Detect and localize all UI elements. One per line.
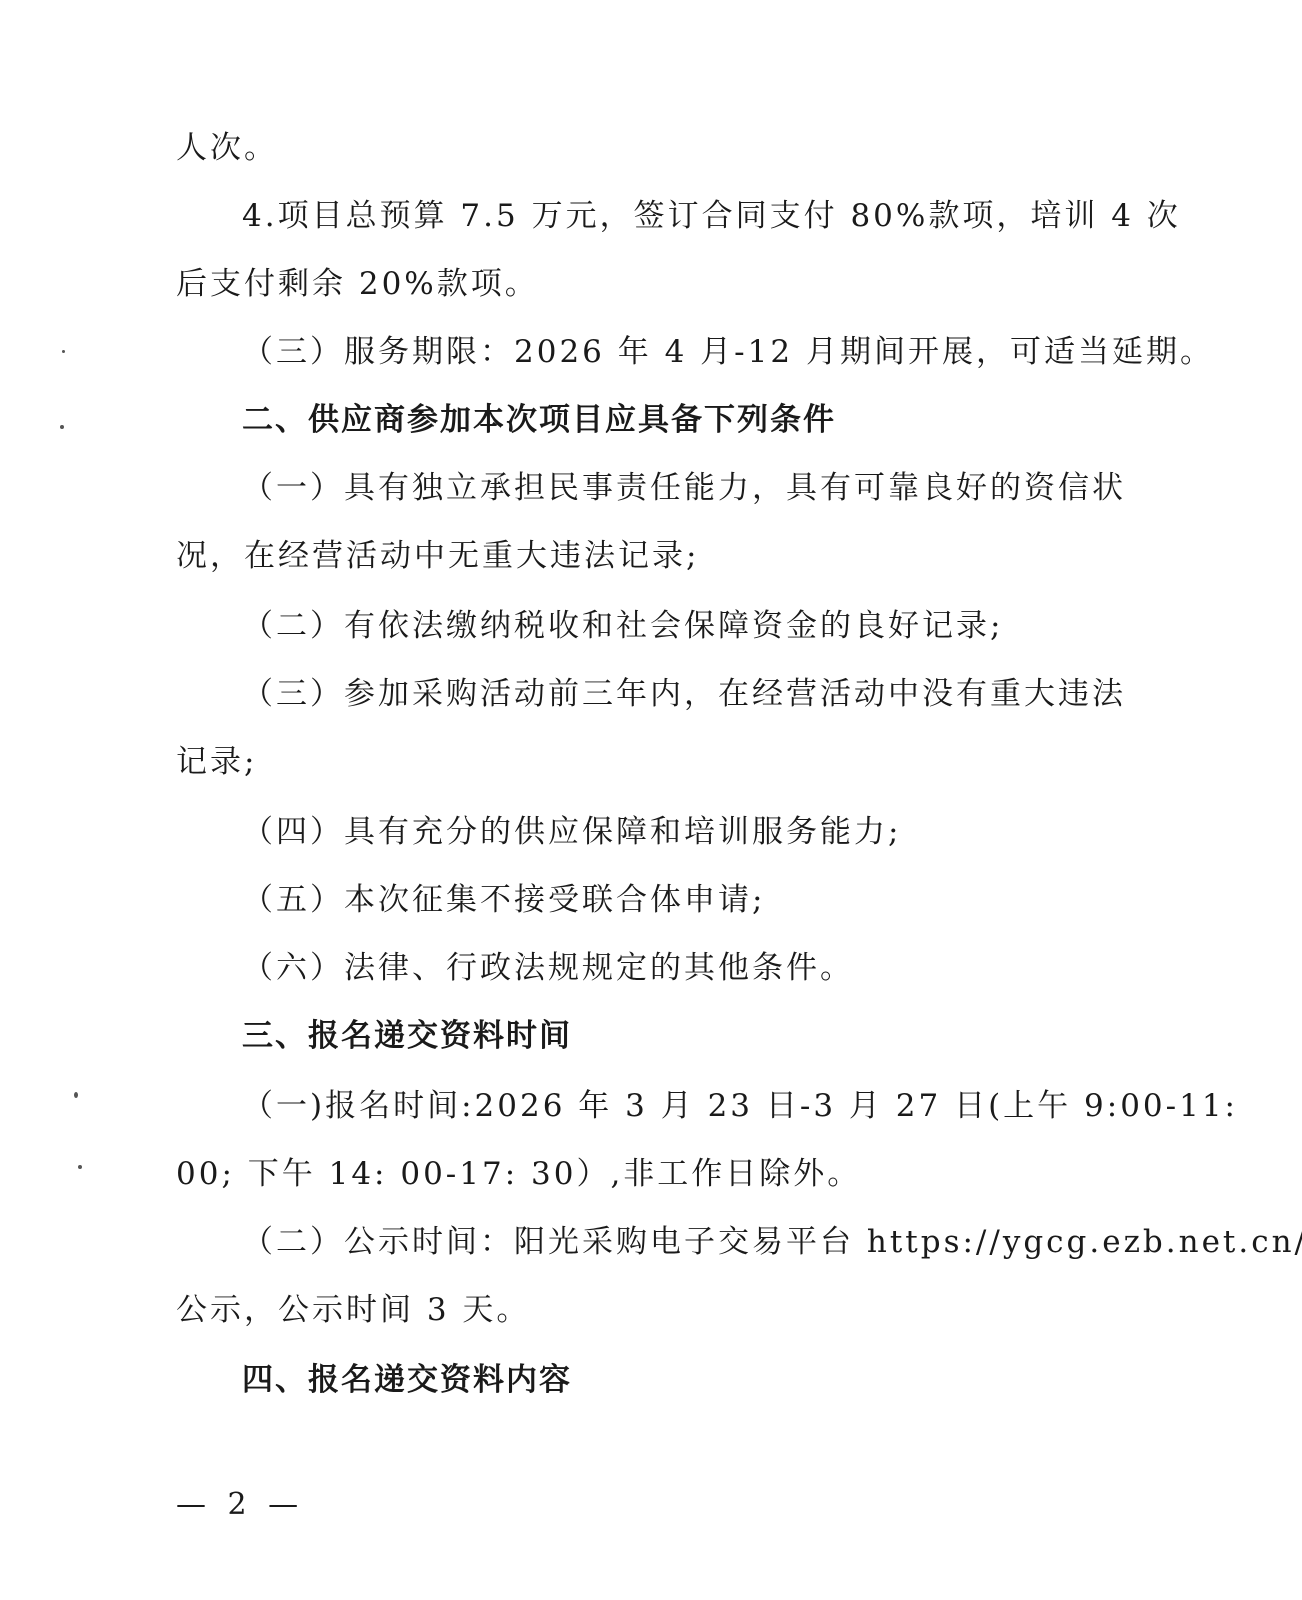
paragraph-line: 记录; — [176, 742, 257, 782]
paragraph-line: 公示，公示时间 3 天。 — [176, 1290, 530, 1330]
scan-speck — [78, 1165, 82, 1169]
paragraph-line: （三）服务期限：2026 年 4 月-12 月期间开展，可适当延期。 — [242, 332, 1214, 372]
paragraph-line: （五）本次征集不接受联合体申请; — [242, 880, 765, 920]
section-heading: 三、报名递交资料时间 — [242, 1016, 572, 1056]
page-number: — 2 — — [176, 1487, 304, 1522]
paragraph-line: （一)报名时间:2026 年 3 月 23 日-3 月 27 日(上午 9:00… — [242, 1086, 1238, 1126]
paragraph-line: 4.项目总预算 7.5 万元，签订合同支付 80%款项，培训 4 次 — [242, 196, 1181, 236]
paragraph-line: 况，在经营活动中无重大违法记录; — [176, 536, 699, 576]
paragraph-line: （二）有依法缴纳税收和社会保障资金的良好记录; — [242, 606, 1003, 646]
paragraph-line: （二）公示时间：阳光采购电子交易平台 https://ygcg.ezb.net.… — [242, 1222, 1302, 1262]
paragraph-line: 人次。 — [176, 128, 278, 168]
paragraph-line: 00; 下午 14: 00-17: 30）,非工作日除外。 — [176, 1154, 861, 1194]
paragraph-line: （三）参加采购活动前三年内，在经营活动中没有重大违法 — [242, 674, 1126, 714]
scan-speck — [74, 1092, 78, 1098]
section-heading: 二、供应商参加本次项目应具备下列条件 — [242, 400, 836, 440]
paragraph-line: （一）具有独立承担民事责任能力，具有可靠良好的资信状 — [242, 468, 1126, 508]
paragraph-line: （六）法律、行政法规规定的其他条件。 — [242, 948, 854, 988]
scan-speck — [60, 425, 64, 429]
paragraph-line: （四）具有充分的供应保障和培训服务能力; — [242, 812, 901, 852]
scan-speck — [62, 350, 65, 353]
section-heading: 四、报名递交资料内容 — [242, 1360, 572, 1400]
paragraph-line: 后支付剩余 20%款项。 — [176, 264, 539, 304]
